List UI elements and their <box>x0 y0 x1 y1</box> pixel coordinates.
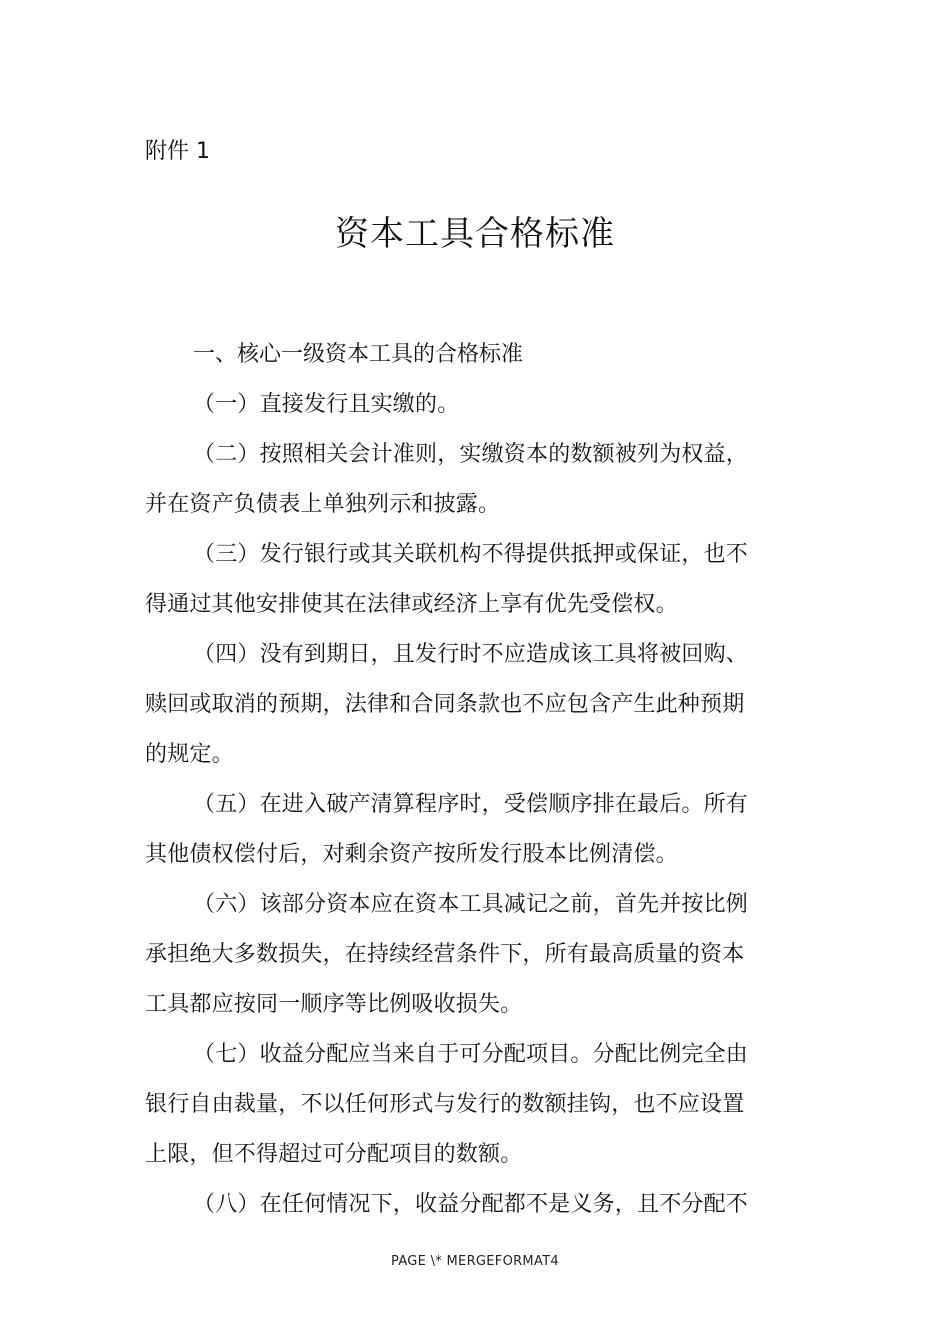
paragraph-2: （二）按照相关会计准则，实缴资本的数额被列为权益， 并在资产负债表上单独列示和披… <box>145 430 807 530</box>
paragraph-line: 得通过其他安排使其在法律或经济上享有优先受偿权。 <box>145 580 807 630</box>
paragraph-line: （四）没有到期日，且发行时不应造成该工具将被回购、 <box>145 630 807 680</box>
paragraph-line: 并在资产负债表上单独列示和披露。 <box>145 480 807 530</box>
paragraph-3: （三）发行银行或其关联机构不得提供抵押或保证，也不 得通过其他安排使其在法律或经… <box>145 530 807 630</box>
paragraph-6: （六）该部分资本应在资本工具减记之前，首先并按比例 承担绝大多数损失，在持续经营… <box>145 880 807 1030</box>
paragraph-5: （五）在进入破产清算程序时，受偿顺序排在最后。所有 其他债权偿付后，对剩余资产按… <box>145 780 807 880</box>
paragraph-8: （八）在任何情况下，收益分配都不是义务，且不分配不 <box>145 1180 807 1230</box>
paragraph-line: （七）收益分配应当来自于可分配项目。分配比例完全由 <box>145 1030 807 1080</box>
paragraph-line: （五）在进入破产清算程序时，受偿顺序排在最后。所有 <box>145 780 807 830</box>
paragraph-line: （六）该部分资本应在资本工具减记之前，首先并按比例 <box>145 880 807 930</box>
paragraph-1: （一）直接发行且实缴的。 <box>145 380 807 430</box>
paragraph-line: （八）在任何情况下，收益分配都不是义务，且不分配不 <box>145 1180 807 1230</box>
paragraph-line: 工具都应按同一顺序等比例吸收损失。 <box>145 980 807 1030</box>
page-footer-field: PAGE \* MERGEFORMAT4 <box>0 1253 950 1271</box>
paragraph-line: 银行自由裁量，不以任何形式与发行的数额挂钩，也不应设置 <box>145 1080 807 1130</box>
document-title: 资本工具合格标准 <box>0 212 950 256</box>
paragraph-line: （一）直接发行且实缴的。 <box>145 380 807 430</box>
paragraph-line: 上限，但不得超过可分配项目的数额。 <box>145 1130 807 1180</box>
section-heading: 一、核心一级资本工具的合格标准 <box>145 330 807 380</box>
document-page: 附件 1 资本工具合格标准 一、核心一级资本工具的合格标准 （一）直接发行且实缴… <box>0 0 950 1344</box>
paragraph-7: （七）收益分配应当来自于可分配项目。分配比例完全由 银行自由裁量，不以任何形式与… <box>145 1030 807 1180</box>
attachment-label: 附件 1 <box>145 138 210 166</box>
paragraph-line: 的规定。 <box>145 730 807 780</box>
paragraph-4: （四）没有到期日，且发行时不应造成该工具将被回购、 赎回或取消的预期，法律和合同… <box>145 630 807 780</box>
paragraph-line: （二）按照相关会计准则，实缴资本的数额被列为权益， <box>145 430 807 480</box>
paragraph-line: （三）发行银行或其关联机构不得提供抵押或保证，也不 <box>145 530 807 580</box>
paragraph-line: 承担绝大多数损失，在持续经营条件下，所有最高质量的资本 <box>145 930 807 980</box>
document-body: 一、核心一级资本工具的合格标准 （一）直接发行且实缴的。 （二）按照相关会计准则… <box>145 330 807 1230</box>
paragraph-line: 赎回或取消的预期，法律和合同条款也不应包含产生此种预期 <box>145 680 807 730</box>
paragraph-line: 其他债权偿付后，对剩余资产按所发行股本比例清偿。 <box>145 830 807 880</box>
